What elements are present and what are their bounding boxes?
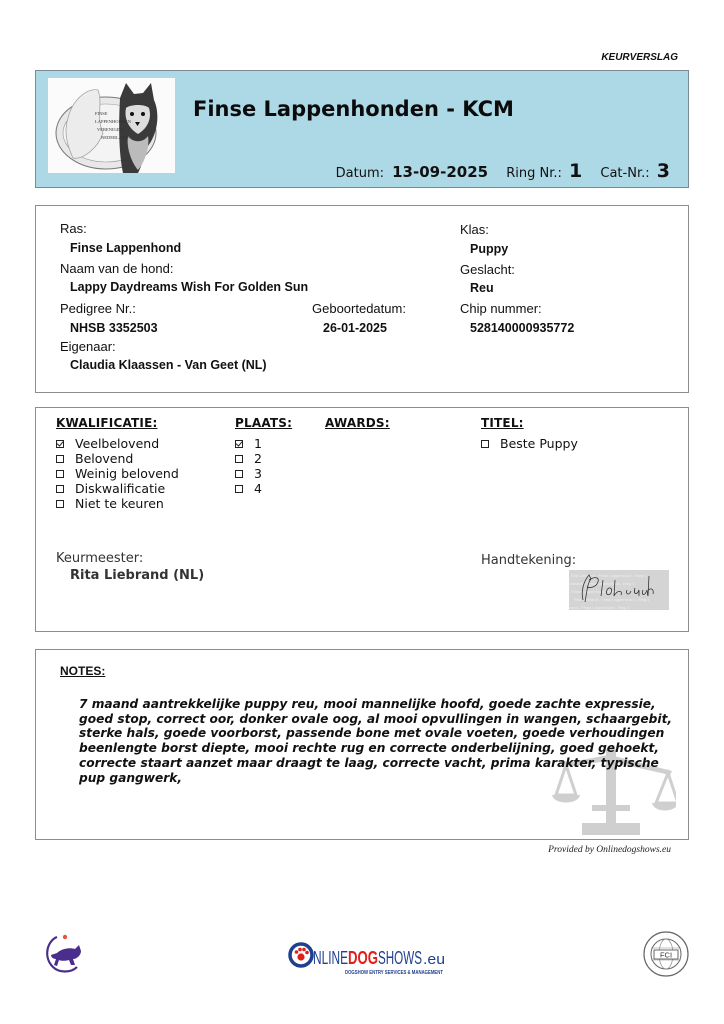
chip-label: Chip nummer: (460, 301, 542, 316)
notes-panel: NOTES: 7 maand aantrekkelijke puppy reu,… (35, 649, 689, 840)
chip-value: 528140000935772 (470, 321, 574, 335)
checkbox-item[interactable]: Weinig belovend (56, 466, 179, 481)
svg-text:NEDERLAND: NEDERLAND (101, 135, 129, 140)
checkbox-label: Beste Puppy (500, 436, 578, 451)
checkbox-item[interactable]: 3 (235, 466, 262, 481)
checkbox-label: Veelbelovend (75, 436, 159, 451)
running-dog-logo-icon (45, 933, 87, 973)
checkbox-label: 3 (254, 466, 262, 481)
checkbox-unchecked-icon[interactable] (56, 455, 64, 463)
judge-name: Rita Liebrand (NL) (70, 568, 204, 583)
dog-name-label: Naam van de hond: (60, 261, 173, 276)
date-value: 13-09-2025 (392, 163, 488, 181)
checkbox-label: 1 (254, 436, 262, 451)
judge-notes: 7 maand aantrekkelijke puppy reu, mooi m… (79, 697, 679, 785)
svg-text:DOG: DOG (348, 948, 378, 968)
club-logo: FINSE LAPPENHONDEN VERENIGING NEDERLAND (48, 78, 175, 173)
awards-heading: AWARDS: (325, 416, 390, 430)
dog-info-panel: Ras: Finse Lappenhond Naam van de hond: … (35, 205, 689, 393)
notes-line: 7 maand aantrekkelijke puppy reu, mooi m… (79, 697, 679, 712)
notes-line: sterke hals, goede voorborst, passende b… (79, 726, 679, 741)
svg-text:VERENIGING: VERENIGING (97, 127, 125, 132)
signature-icon: Rita Liebrand - Finse Lappenhond - Ring … (569, 570, 669, 610)
svg-text:LAPPENHONDEN: LAPPENHONDEN (95, 119, 132, 124)
placement-heading: PLAATS: (235, 416, 292, 430)
svg-text:FCI: FCI (660, 951, 672, 960)
owner-label: Eigenaar: (60, 339, 116, 354)
cat-label: Cat-Nr.: (600, 166, 649, 181)
svg-text:Rita Liebrand - Finse Lappenho: Rita Liebrand - Finse Lappenhond - Ring … (569, 605, 630, 610)
checkbox-item[interactable]: 2 (235, 451, 262, 466)
notes-line: beenlengte borst diepte, mooi rechte rug… (79, 741, 679, 756)
checkbox-item[interactable]: 1 (235, 436, 262, 451)
checkbox-label: Belovend (75, 451, 133, 466)
notes-line: correcte staart aanzet maar draagt te la… (79, 756, 679, 771)
svg-text:Rita Liebrand - Finse Lappenho: Rita Liebrand - Finse Lappenhond - Ring … (569, 589, 620, 594)
placement-list: 1234 (235, 436, 262, 496)
provided-by: Provided by Onlinedogshows.eu (548, 845, 671, 855)
svg-text:FINSE: FINSE (95, 111, 108, 116)
page-title: Finse Lappenhonden - KCM (193, 97, 514, 121)
checkbox-unchecked-icon[interactable] (56, 500, 64, 508)
checkbox-item[interactable]: 4 (235, 481, 262, 496)
ring-label: Ring Nr.: (506, 166, 562, 181)
evaluation-panel: KWALIFICATIE: VeelbelovendBelovendWeinig… (35, 407, 689, 632)
checkbox-checked-icon[interactable] (56, 440, 64, 448)
svg-text:SHOWS: SHOWS (378, 948, 422, 968)
owner-value: Claudia Klaassen - Van Geet (NL) (70, 358, 267, 372)
svg-text:.eu: .eu (423, 951, 445, 968)
svg-text:NLINE: NLINE (313, 948, 348, 968)
club-logo-icon: FINSE LAPPENHONDEN VERENIGING NEDERLAND (48, 78, 175, 173)
checkbox-unchecked-icon[interactable] (56, 470, 64, 478)
class-label: Klas: (460, 222, 489, 237)
checkbox-label: Weinig belovend (75, 466, 179, 481)
birthdate-value: 26-01-2025 (323, 321, 387, 335)
notes-line: pup gangwerk, (79, 771, 679, 786)
checkbox-unchecked-icon[interactable] (56, 485, 64, 493)
fci-logo-icon: FCI (642, 930, 690, 978)
signature-image: Rita Liebrand - Finse Lappenhond - Ring … (569, 570, 669, 610)
checkbox-item[interactable]: Diskwalificatie (56, 481, 179, 496)
checkbox-item[interactable]: Niet te keuren (56, 496, 179, 511)
svg-text:DOGSHOW ENTRY SERVICES & MANAG: DOGSHOW ENTRY SERVICES & MANAGEMENT (345, 970, 443, 976)
checkbox-unchecked-icon[interactable] (235, 455, 243, 463)
dog-name-value: Lappy Daydreams Wish For Golden Sun (70, 280, 308, 294)
checkbox-item[interactable]: Beste Puppy (481, 436, 578, 451)
checkbox-unchecked-icon[interactable] (235, 470, 243, 478)
title-list: Beste Puppy (481, 436, 578, 451)
svg-text:Rita Liebrand - Finse Lappenho: Rita Liebrand - Finse Lappenhond - Ring … (571, 573, 647, 578)
checkbox-checked-icon[interactable] (235, 440, 243, 448)
checkbox-unchecked-icon[interactable] (481, 440, 489, 448)
checkbox-label: 4 (254, 481, 262, 496)
checkbox-unchecked-icon[interactable] (235, 485, 243, 493)
qualification-heading: KWALIFICATIE: (56, 416, 157, 430)
checkbox-item[interactable]: Veelbelovend (56, 436, 179, 451)
sex-value: Reu (470, 281, 494, 295)
class-value: Puppy (470, 242, 508, 256)
onlinedogshows-logo: NLINE DOG SHOWS .eu DOGSHOW ENTRY SERVIC… (287, 938, 447, 978)
date-label: Datum: (336, 166, 384, 181)
notes-line: goed stop, correct oor, donker ovale oog… (79, 712, 679, 727)
judge-label: Keurmeester: (56, 551, 143, 566)
header-panel: FINSE LAPPENHONDEN VERENIGING NEDERLAND … (35, 70, 689, 188)
cat-value: 3 (657, 160, 670, 182)
pedigree-label: Pedigree Nr.: (60, 301, 136, 316)
signature-label: Handtekening: (481, 553, 576, 568)
checkbox-label: Diskwalificatie (75, 481, 165, 496)
sex-label: Geslacht: (460, 262, 515, 277)
document-type-label: KEURVERSLAG (601, 52, 678, 63)
birthdate-label: Geboortedatum: (312, 301, 406, 316)
checkbox-label: 2 (254, 451, 262, 466)
checkbox-label: Niet te keuren (75, 496, 164, 511)
breed-label: Ras: (60, 221, 87, 236)
qualification-list: VeelbelovendBelovendWeinig belovendDiskw… (56, 436, 179, 511)
ring-value: 1 (569, 160, 582, 182)
notes-heading: NOTES: (60, 664, 105, 678)
checkbox-item[interactable]: Belovend (56, 451, 179, 466)
breed-value: Finse Lappenhond (70, 241, 181, 255)
pedigree-value: NHSB 3352503 (70, 321, 158, 335)
title-heading: TITEL: (481, 416, 524, 430)
show-meta: Datum: 13-09-2025 Ring Nr.: 1 Cat-Nr.: 3 (336, 160, 670, 182)
